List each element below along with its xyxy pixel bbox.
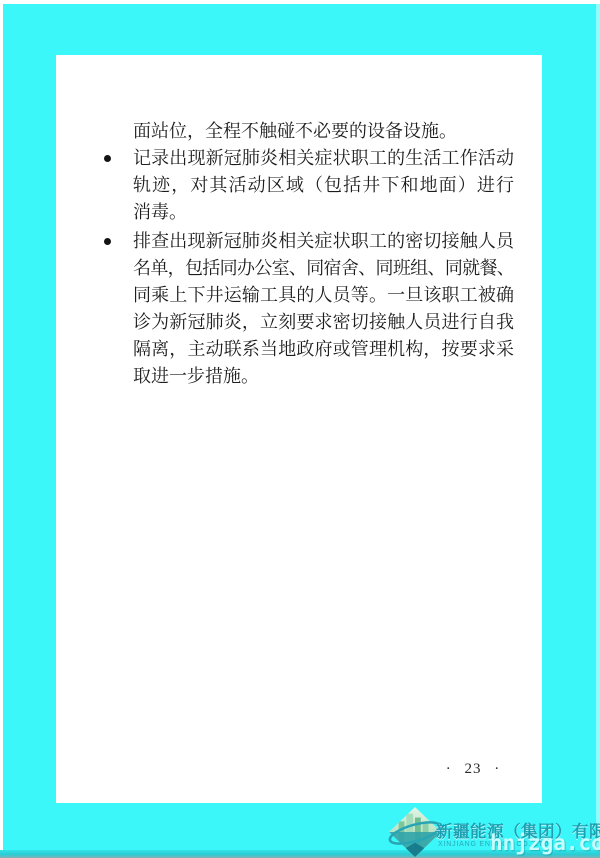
- bullet-icon: [104, 238, 111, 245]
- text-line: 取进一步措施。: [133, 363, 514, 390]
- document-page: 面站位，全程不触碰不必要的设备设施。 记录出现新冠肺炎相关症状职工的生活工作活动…: [56, 55, 542, 803]
- page-number: · 23 ·: [413, 761, 533, 778]
- list-item: 排查出现新冠肺炎相关症状职工的密切接触人员 名单，包括同办公室、同宿舍、同班组、…: [133, 228, 514, 390]
- text-line: 名单，包括同办公室、同宿舍、同班组、同就餐、: [133, 255, 514, 282]
- bullet-list: 记录出现新冠肺炎相关症状职工的生活工作活动 轨迹，对其活动区域（包括井下和地面）…: [133, 145, 514, 390]
- text-line: 诊为新冠肺炎，立刻要求密切接触人员进行自我: [133, 309, 514, 336]
- paragraph-continuation-line: 面站位，全程不触碰不必要的设备设施。: [133, 118, 514, 145]
- scanned-page-frame: 面站位，全程不触碰不必要的设备设施。 记录出现新冠肺炎相关症状职工的生活工作活动…: [0, 0, 600, 858]
- text-line: 记录出现新冠肺炎相关症状职工的生活工作活动: [133, 145, 514, 172]
- text-line: 排查出现新冠肺炎相关症状职工的密切接触人员: [133, 228, 514, 255]
- page-body-text: 面站位，全程不触碰不必要的设备设施。 记录出现新冠肺炎相关症状职工的生活工作活动…: [133, 118, 514, 390]
- watermark-url: hnjzga.com: [490, 831, 600, 855]
- text-line: 消毒。: [133, 199, 514, 226]
- text-line: 同乘上下井运输工具的人员等。一旦该职工被确: [133, 282, 514, 309]
- right-edge-highlight: [596, 4, 600, 850]
- text-line: 轨迹，对其活动区域（包括井下和地面）进行: [133, 172, 514, 199]
- footer-brand: 新疆能源（集团）有限责任公司 XINJIANG ENERGY CO.,LTD h…: [380, 801, 600, 858]
- bullet-icon: [104, 155, 111, 162]
- text-line: 隔离，主动联系当地政府或管理机构，按要求采: [133, 336, 514, 363]
- list-item: 记录出现新冠肺炎相关症状职工的生活工作活动 轨迹，对其活动区域（包括井下和地面）…: [133, 145, 514, 226]
